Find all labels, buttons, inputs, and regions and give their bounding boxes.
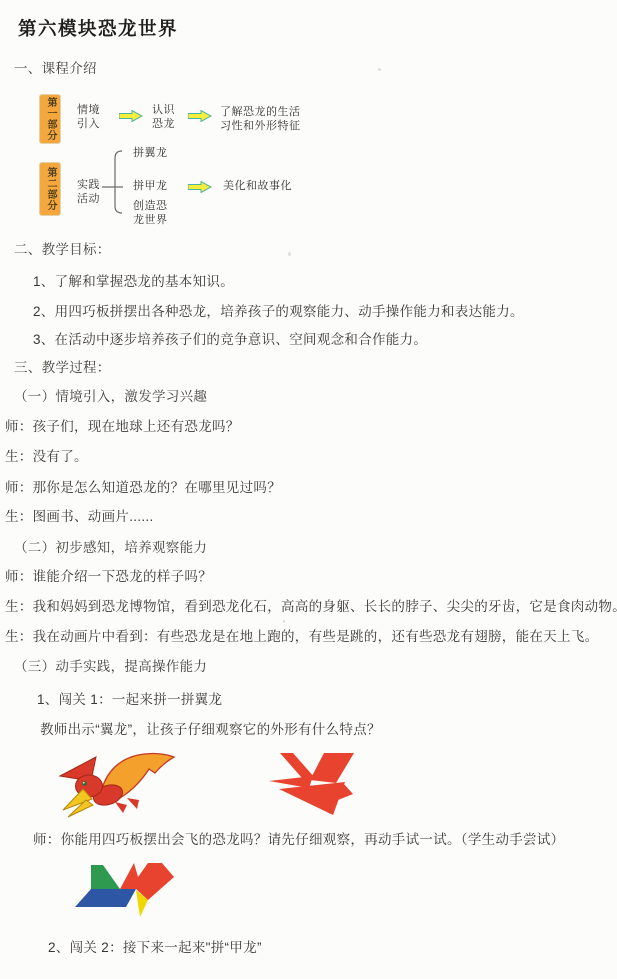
branch-connector	[102, 145, 132, 215]
dialogue-line: 生：没有了。	[5, 447, 88, 467]
flow-branch-pterosaur: 拼翼龙	[133, 147, 168, 161]
objective-item: 2、用四巧板拼摆出各种恐龙，培养孩子的观察能力、动手操作能力和表达能力。	[33, 302, 524, 322]
flow-branch-create-world: 创造恐龙世界	[133, 200, 169, 227]
section-heading-course-intro: 一、课程介绍	[14, 59, 97, 79]
lesson-plan-document: 第六模块恐龙世界 一、课程介绍 第一部分 情境引入 认识恐龙 了解恐龙的生活习性…	[0, 0, 617, 979]
task1-description: 教师出示“翼龙”，让孩子仔细观察它的外形有什么特点？	[40, 720, 381, 740]
tangram-piece-green	[91, 865, 120, 889]
objective-item: 3、在活动中逐步培养孩子们的竞争意识、空间观念和合作能力。	[33, 330, 427, 350]
dialogue-line: 师：谁能介绍一下恐龙的样子吗？	[5, 567, 212, 587]
flow-step-situation-intro: 情境引入	[77, 104, 100, 131]
phase1-heading: （一）情境引入，激发学习兴趣	[14, 387, 207, 407]
pterosaur-illustration	[52, 748, 182, 833]
flow-step-know-dinosaurs: 认识恐龙	[152, 104, 175, 131]
section-heading-objectives: 二、教学目标：	[14, 240, 111, 260]
red-tangram-figure	[263, 750, 385, 826]
phase3-heading: （三）动手实践，提高操作能力	[14, 657, 207, 677]
pterosaur-eye-highlight	[83, 782, 85, 784]
pterosaur-eye	[82, 781, 87, 786]
scan-speck	[283, 620, 285, 623]
tangram-piece-blue	[75, 889, 136, 907]
task1-title: 1、闯关 1：一起来拼一拼翼龙	[37, 690, 222, 710]
scan-speck	[378, 68, 381, 71]
flow-outcome-beautify: 美化和故事化	[223, 180, 292, 194]
phase2-heading: （二）初步感知，培养观察能力	[14, 538, 207, 558]
objective-item: 1、了解和掌握恐龙的基本知识。	[33, 272, 234, 292]
dialogue-line: 师：孩子们，现在地球上还有恐龙吗？	[5, 417, 240, 437]
task1-prompt: 师：你能用四巧板摆出会飞的恐龙吗？请先仔细观察，再动手试一试。（学生动手尝试）	[33, 830, 564, 850]
section-heading-process: 三、教学过程：	[14, 358, 111, 378]
flow-step-learn-habits: 了解恐龙的生活习性和外形特征	[220, 106, 302, 133]
dialogue-line: 生：我在动画片中看到：有些恐龙是在地上跑的，有些是跳的，还有些恐龙有翅膀，能在天…	[5, 627, 598, 647]
flow-arrow-icon	[188, 181, 212, 193]
flow-arrow-icon	[188, 110, 212, 122]
part1-box-label: 第一部分	[40, 97, 60, 141]
flow-arrow-icon	[119, 110, 143, 122]
scan-speck	[288, 252, 291, 256]
task2-title: 2、闯关 2：接下来一起来"拼“甲龙”	[48, 938, 262, 958]
document-title: 第六模块恐龙世界	[18, 18, 178, 42]
tangram-piece	[280, 753, 315, 778]
flow-branch-ankylosaur: 拼甲龙	[133, 180, 168, 194]
flow-step-practice-activity: 实践活动	[77, 179, 100, 206]
part2-box-label: 第二部分	[40, 167, 60, 211]
part1-box: 第一部分	[40, 95, 60, 143]
dialogue-line: 生：图画书、动画片......	[5, 507, 154, 527]
pterosaur-leg	[115, 802, 127, 813]
pterosaur-leg	[127, 798, 139, 809]
dialogue-line: 生：我和妈妈到恐龙博物馆，看到恐龙化石，高高的身躯、长长的脖子、尖尖的牙齿，它是…	[5, 597, 617, 617]
tangram-piece	[310, 753, 354, 783]
tangram-figure-colored	[70, 860, 190, 940]
part2-box: 第二部分	[40, 163, 60, 215]
dialogue-line: 师：那你是怎么知道恐龙的？在哪里见过吗？	[5, 478, 281, 498]
